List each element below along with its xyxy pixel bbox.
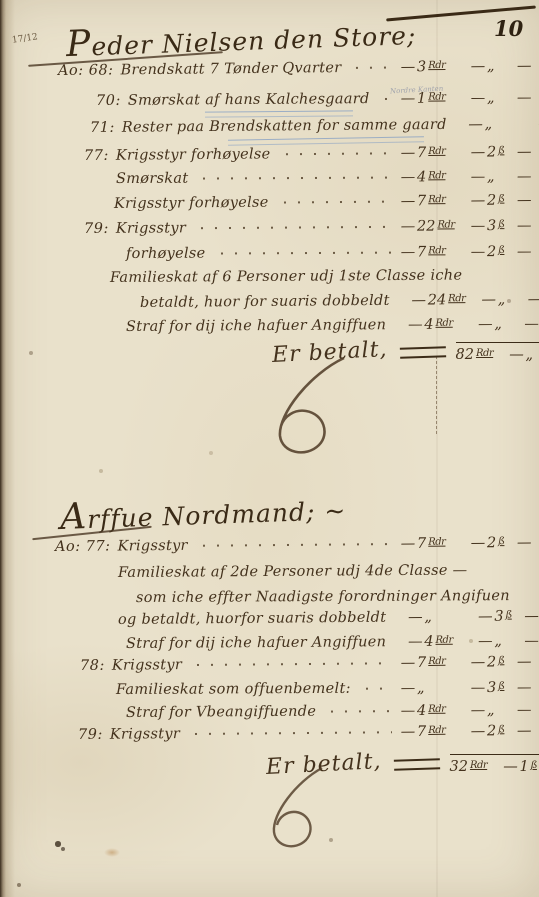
- entry-desc: Krigsstyr forhøyelse: [116, 147, 271, 163]
- entry-year: 79:: [84, 222, 109, 237]
- entry-amounts: —4Rdr—„—: [406, 634, 539, 649]
- entry-amounts: —1Rdr—„—: [399, 91, 533, 106]
- manuscript-page: 10 17/12 Nordre Kanten Peder Nielsen den…: [0, 0, 539, 897]
- flourish-paraph: [252, 352, 372, 462]
- entry-desc: Krigsstyr: [110, 727, 180, 742]
- entry-desc: Krigsstyr forhøyelse: [114, 196, 269, 212]
- amount-ort: 3: [487, 218, 496, 234]
- dot-leader: [348, 66, 392, 70]
- sep-dash: —: [469, 219, 487, 234]
- sep-dash: —: [406, 610, 424, 625]
- dot-leader: [323, 709, 392, 713]
- double-rule: [393, 758, 439, 771]
- currency-rdr: Rdr: [428, 656, 445, 667]
- sep-dash: —: [469, 170, 487, 185]
- currency-ort: ß: [498, 245, 504, 256]
- double-rule: [399, 346, 445, 359]
- amount-ort: 2: [487, 193, 496, 209]
- entry-amounts: —4Rdr—„—: [399, 703, 533, 718]
- sep-dash: —: [517, 59, 531, 74]
- sep-dash: —: [517, 536, 531, 551]
- sep-dash: —: [399, 537, 417, 552]
- currency-rdr: Rdr: [428, 704, 445, 715]
- currency-rdr: Rdr: [428, 170, 445, 181]
- dot-leader: [393, 323, 399, 327]
- entry-desc: Smørskat: [116, 172, 189, 187]
- amount-rdr: 4: [424, 634, 433, 650]
- dot-leader: [193, 225, 392, 230]
- sep-dash: —: [517, 655, 531, 670]
- sep-dash: —: [410, 293, 428, 308]
- sep-dash: —: [480, 293, 498, 308]
- amount-rdr: 7: [417, 145, 426, 161]
- sep-dash: —: [469, 194, 487, 209]
- page-number: 10: [494, 16, 523, 41]
- sep-dash: —: [467, 118, 485, 133]
- sep-dash: —: [517, 245, 531, 260]
- sep-dash: —: [399, 92, 417, 107]
- amount-rdr: 4: [417, 703, 426, 719]
- ledger-row: Familieskat som offuenbemelt: —„—3ß—: [116, 681, 533, 698]
- blue-pencil-underline: [228, 136, 424, 145]
- total-ort: „: [526, 347, 534, 363]
- sep-dash: —: [469, 655, 487, 670]
- dot-leader: [276, 200, 392, 205]
- currency-ort: ß: [498, 145, 504, 156]
- total-rdr: 32: [450, 759, 468, 775]
- sep-dash: —: [469, 681, 487, 696]
- sep-dash: —: [476, 317, 494, 332]
- sep-dash: —: [469, 145, 487, 160]
- entry-amounts: —7Rdr—2ß—: [399, 536, 533, 552]
- sep-dash: —: [517, 145, 531, 160]
- sep-dash: —: [476, 610, 494, 625]
- sep-dash: —: [469, 536, 487, 551]
- amount-ort: 2: [487, 723, 496, 739]
- ledger-row: Familieskat af 2de Personer udj 4de Clas…: [118, 563, 533, 580]
- dot-leader: [195, 176, 392, 181]
- sep-dash: —: [399, 60, 417, 75]
- entry-desc: Familieskat af 2de Personer udj 4de Clas…: [118, 564, 468, 581]
- sep-dash: —: [469, 60, 487, 75]
- entry-desc: Familieskat som offuenbemelt:: [116, 682, 351, 698]
- sep-dash: —: [508, 347, 526, 363]
- entry-amounts: —7Rdr—2ß—: [399, 145, 533, 161]
- amount-rdr: 22: [417, 219, 436, 235]
- amount-rdr: 1: [417, 91, 426, 107]
- amount-rdr: „: [424, 609, 432, 625]
- entry-amounts: —24Rdr—„—: [410, 292, 539, 308]
- sep-dash: —: [524, 609, 538, 624]
- dot-leader: [187, 731, 392, 737]
- entry-year: 71:: [90, 121, 115, 136]
- entry-year: Ao: 77:: [55, 540, 111, 555]
- sep-dash: —: [469, 91, 487, 106]
- entry-amounts: —7Rdr—2ß—: [399, 655, 533, 671]
- entry-desc: Straf for Vbeangiffuende: [126, 705, 316, 721]
- amount-ort: „: [487, 90, 495, 106]
- dot-leader: [189, 662, 392, 668]
- currency-rdr: Rdr: [428, 60, 445, 71]
- sep-dash: —: [399, 656, 417, 671]
- paper-stain: [104, 848, 120, 857]
- sep-dash: —: [502, 759, 520, 775]
- currency-ort: ß: [506, 610, 512, 621]
- entry-desc: Smørskat af hans Kalchesgaard: [128, 92, 370, 108]
- amount-rdr: 7: [417, 193, 426, 209]
- currency-rdr: Rdr: [470, 760, 487, 771]
- ledger-row: Straf for dij iche hafuer Angiffuen —4Rd…: [126, 634, 533, 651]
- total-ort: 1: [520, 759, 529, 775]
- entry-desc: Rester paa Brendskatten for samme gaard: [122, 118, 447, 135]
- currency-rdr: Rdr: [428, 245, 445, 256]
- entry-amounts: —22Rdr—3ß—: [399, 219, 533, 234]
- ledger-row: Ao: 68: Brendskatt 7 Tønder Qvarter —3Rd…: [58, 59, 533, 78]
- entry-amounts: —7Rdr—2ß—: [399, 724, 533, 740]
- ledger-row: Krigsstyr forhøyelse —7Rdr—2ß—: [114, 193, 533, 211]
- amount-rdr: 7: [417, 724, 426, 740]
- sep-dash: —: [399, 725, 417, 740]
- entry-desc: og betaldt, huorfor suaris dobbeldt: [118, 611, 386, 628]
- ledger-row: 77: Krigsstyr forhøyelse —7Rdr—2ß—: [84, 145, 533, 163]
- entry-year: 78:: [80, 659, 105, 674]
- dot-leader: [393, 640, 399, 644]
- entry-amounts: —4Rdr—„—: [406, 317, 539, 332]
- entry-desc: betaldt, huor for suaris dobbeldt: [140, 294, 390, 311]
- amount-rdr: 7: [417, 655, 426, 671]
- entry-desc: Krigsstyr: [116, 221, 186, 236]
- sep-dash: —: [517, 193, 531, 208]
- entry-amounts: —7Rdr—2ß—: [399, 193, 533, 209]
- sep-dash: —: [469, 245, 487, 260]
- ledger-row: forhøyelse —7Rdr—2ß—: [126, 245, 533, 262]
- currency-rdr: Rdr: [428, 146, 445, 157]
- sep-dash: —: [476, 634, 494, 649]
- ledger-row: Ao: 77: Krigsstyr —7Rdr—2ß—: [55, 536, 533, 555]
- entry-amounts: —7Rdr—2ß—: [399, 245, 533, 260]
- entry-amounts: —„—3ß—: [399, 681, 533, 696]
- ledger-row: Smørskat —4Rdr—„—: [116, 170, 533, 187]
- entry-desc: Familieskat af 6 Personer udj 1ste Class…: [110, 269, 462, 286]
- sep-dash: —: [399, 220, 417, 235]
- entry-amounts: —3Rdr—„—: [399, 59, 533, 75]
- sep-dash: —: [406, 318, 424, 333]
- entry-desc: Brendskatt 7 Tønder Qvarter: [120, 61, 341, 78]
- total-amounts: 82Rdr—„—: [456, 342, 539, 363]
- currency-rdr: Rdr: [428, 92, 445, 103]
- ledger-row: 70: Smørskat af hans Kalchesgaard —1Rdr—…: [96, 91, 533, 109]
- sep-dash: —: [399, 170, 417, 185]
- currency-ort: ß: [498, 219, 504, 230]
- amount-rdr: 24: [428, 292, 447, 308]
- entry-year: 77:: [84, 149, 109, 164]
- currency-ort: ß: [498, 536, 504, 547]
- entry-year: 79:: [78, 728, 103, 743]
- dot-leader: [393, 616, 399, 620]
- amount-rdr: 4: [417, 169, 426, 185]
- sep-dash: —: [469, 724, 487, 739]
- ledger-row: 79: Krigsstyr —7Rdr—2ß—: [78, 724, 533, 742]
- margin-note: 17/12: [11, 32, 38, 46]
- total-amounts: 32Rdr—1ß—: [450, 754, 539, 775]
- currency-rdr: Rdr: [435, 318, 452, 329]
- dot-leader: [277, 152, 392, 157]
- currency-rdr: Rdr: [435, 635, 452, 646]
- sep-dash: —: [524, 317, 538, 332]
- ledger-row: og betaldt, huorfor suaris dobbeldt —„—3…: [118, 609, 533, 627]
- dot-leader: [195, 542, 392, 548]
- entry-year: Ao: 68:: [58, 63, 114, 78]
- entry-desc: som iche effter Naadigste forordninger A…: [136, 589, 510, 605]
- currency-ort: ß: [498, 655, 504, 666]
- ledger-row: 78: Krigsstyr —7Rdr—2ß—: [80, 655, 533, 673]
- amount-ort: 2: [487, 144, 496, 160]
- ledger-row: Straf for Vbeangiffuende —4Rdr—„—: [126, 703, 533, 720]
- currency-rdr: Rdr: [476, 348, 493, 359]
- currency-rdr: Rdr: [448, 293, 465, 304]
- flourish-paraph: [252, 764, 347, 854]
- sep-dash: —: [517, 219, 531, 234]
- dot-leader: [397, 299, 403, 303]
- blue-pencil-underline: [205, 110, 353, 117]
- currency-ort: ß: [498, 724, 504, 735]
- amount-ort: „: [494, 316, 502, 332]
- amount-ort: „: [487, 58, 495, 74]
- amount-rdr: 4: [424, 317, 433, 333]
- dashed-column-rule: [436, 356, 437, 434]
- currency-ort: ß: [531, 760, 537, 771]
- dot-leader: [213, 251, 392, 256]
- total-rdr: 82: [456, 347, 474, 363]
- amount-rdr: 3: [417, 59, 426, 75]
- entry-amounts: —„—3ß—: [406, 609, 539, 625]
- currency-ort: ß: [498, 681, 504, 692]
- amount-ort: 3: [494, 609, 503, 625]
- entry-year: 70:: [96, 94, 121, 109]
- amount-rdr: „: [417, 680, 425, 696]
- sep-dash: —: [517, 703, 531, 718]
- sep-dash: —: [517, 681, 531, 696]
- ink-specks: [0, 0, 2, 2]
- dot-leader: [358, 687, 392, 691]
- entry-desc: Krigsstyr: [112, 658, 182, 673]
- ledger-row: 79: Krigsstyr —22Rdr—3ß—: [84, 219, 533, 237]
- sep-dash: —: [517, 724, 531, 739]
- entry-desc: Straf for dij iche hafuer Angiffuen: [126, 635, 386, 651]
- dot-leader: [454, 123, 460, 127]
- section-heading: Peder Nielsen den Store;: [65, 12, 417, 65]
- sep-dash: —: [406, 635, 424, 650]
- sep-dash: —: [399, 245, 417, 260]
- amount-ort: 3: [487, 680, 496, 696]
- entry-desc: forhøyelse: [126, 247, 206, 262]
- sep-dash: —: [517, 170, 531, 185]
- sep-dash: —: [469, 703, 487, 718]
- currency-rdr: Rdr: [437, 219, 454, 230]
- entry-desc: Krigsstyr: [117, 539, 187, 554]
- amount-ort: 2: [487, 654, 496, 670]
- currency-ort: ß: [498, 194, 504, 205]
- amount-rdr: „: [485, 116, 493, 132]
- amount-ort: „: [494, 633, 502, 649]
- ledger-row: 71: Rester paa Brendskatten for samme ga…: [90, 117, 533, 135]
- amount-ort: „: [487, 702, 495, 718]
- amount-rdr: 7: [417, 536, 426, 552]
- amount-ort: „: [498, 292, 506, 308]
- amount-ort: „: [487, 169, 495, 185]
- sep-dash: —: [399, 194, 417, 209]
- sep-dash: —: [399, 146, 417, 161]
- sep-dash: —: [528, 292, 539, 307]
- entry-amounts: —4Rdr—„—: [399, 170, 533, 185]
- currency-rdr: Rdr: [428, 725, 445, 736]
- entry-amounts: —„—2ß—: [467, 117, 539, 133]
- ledger-row: som iche effter Naadigste forordninger A…: [136, 589, 533, 606]
- sep-dash: —: [399, 681, 417, 696]
- ledger-row: Familieskat af 6 Personer udj 1ste Class…: [110, 268, 533, 285]
- sep-dash: —: [399, 704, 417, 719]
- amount-rdr: 7: [417, 244, 426, 260]
- currency-rdr: Rdr: [428, 194, 445, 205]
- dot-leader: [377, 97, 392, 101]
- amount-ort: 2: [487, 535, 496, 551]
- ledger-row: betaldt, huor for suaris dobbeldt —24Rdr…: [140, 293, 533, 311]
- entry-desc: Straf for dij iche hafuer Angiffuen: [126, 318, 386, 334]
- sep-dash: —: [517, 91, 531, 106]
- ledger-row: Straf for dij iche hafuer Angiffuen —4Rd…: [126, 317, 533, 334]
- currency-rdr: Rdr: [428, 537, 445, 548]
- sep-dash: —: [524, 634, 538, 649]
- amount-ort: 2: [487, 244, 496, 260]
